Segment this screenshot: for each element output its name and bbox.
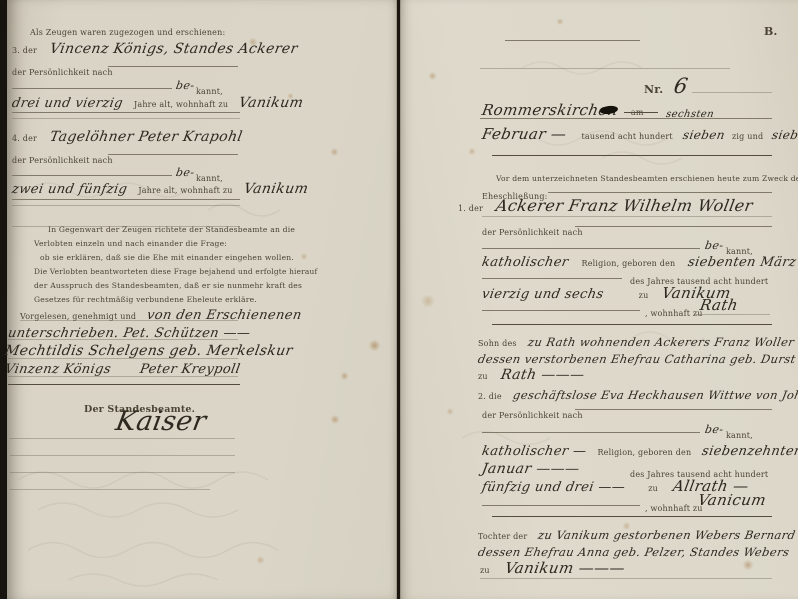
record-place: Rommerskirchen bbox=[481, 103, 619, 118]
ruled-line bbox=[108, 154, 238, 155]
groom-birthyear: vierzig und sechs bbox=[481, 288, 605, 301]
page-corner-letter: B. bbox=[764, 25, 778, 38]
ruled-line bbox=[12, 175, 172, 176]
ruled-line bbox=[12, 199, 240, 200]
record-number-label: Nr. bbox=[644, 83, 663, 96]
ruled-line bbox=[492, 516, 772, 517]
identity-label: der Persönlichkeit nach bbox=[482, 228, 583, 237]
wohnhaft-zu-label: , wohnhaft zu bbox=[645, 504, 703, 513]
be-label: be- bbox=[704, 424, 724, 435]
age-suffix-label: Jahre alt, wohnhaft zu bbox=[134, 100, 228, 109]
register-book-scan: Als Zeugen waren zugezogen und erschiene… bbox=[0, 0, 798, 599]
bride-parents-label: Tochter der bbox=[478, 532, 527, 541]
be-label: be- bbox=[175, 80, 195, 91]
zu-label: zu bbox=[648, 484, 658, 493]
ruled-line bbox=[480, 118, 772, 119]
bride-birthmonth: Januar ——— bbox=[481, 462, 581, 476]
signature-witness-2: Peter Kreypoll bbox=[139, 363, 241, 376]
ruled-line bbox=[12, 118, 240, 119]
religion-printed-label: Religion, geboren den bbox=[582, 259, 676, 268]
zu-label: zu bbox=[480, 566, 490, 575]
witness-section-heading: Als Zeugen waren zugezogen und erschiene… bbox=[30, 28, 225, 37]
ruled-line bbox=[8, 339, 238, 340]
ruled-line bbox=[108, 66, 238, 67]
year-decade-hand: sieben bbox=[682, 129, 726, 141]
question-paragraph-line: Gesetzes für rechtmäßig verbundene Ehele… bbox=[34, 295, 257, 304]
groom-parents-residence: Rath ——— bbox=[500, 368, 586, 382]
ruled-line bbox=[10, 489, 210, 490]
registrar-signature: Kaiser bbox=[114, 408, 209, 435]
signature-witness-1: Vinzenz Königs bbox=[4, 363, 112, 376]
identity-label: der Persönlichkeit nach bbox=[482, 411, 583, 420]
witness-3-age: drei und vierzig bbox=[11, 97, 124, 110]
groom-prefix: 1. der bbox=[458, 204, 483, 213]
bride-parents-line-2: dessen Ehefrau Anna geb. Pelzer, Standes… bbox=[477, 547, 790, 559]
witness-4-name: Tagelöhner Peter Krapohl bbox=[49, 130, 244, 144]
witness-4-residence: Vanikum bbox=[242, 182, 309, 196]
bride-prefix: 2. die bbox=[478, 392, 502, 401]
ruled-line bbox=[692, 92, 772, 93]
ruled-line bbox=[480, 578, 772, 579]
ruled-line bbox=[12, 112, 240, 113]
ruled-line bbox=[8, 376, 238, 377]
ruled-line bbox=[575, 226, 772, 227]
be-label: be- bbox=[175, 167, 195, 178]
signature-line-2: Mechtildis Schelgens geb. Merkelskur bbox=[4, 344, 294, 358]
bride-name: geschäftslose Eva Heckhausen Wittwe von … bbox=[512, 390, 798, 402]
religion-printed-label: Religion, geboren den bbox=[597, 448, 691, 457]
ruled-line bbox=[10, 472, 235, 473]
ruled-line bbox=[624, 112, 658, 113]
ruled-line bbox=[10, 438, 235, 439]
groom-parents-label: Sohn des bbox=[478, 339, 517, 348]
record-month: Februar — bbox=[481, 127, 568, 142]
ruled-line bbox=[482, 505, 640, 506]
ruled-line bbox=[12, 205, 240, 206]
ruled-line bbox=[695, 314, 770, 315]
ruled-line bbox=[12, 88, 172, 89]
groom-parents-line-2: dessen verstorbenen Ehefrau Catharina ge… bbox=[477, 354, 798, 366]
ruled-line bbox=[482, 248, 700, 249]
year-printed-label: tausend acht hundert bbox=[581, 132, 672, 141]
bride-religion: katholischer — bbox=[481, 445, 588, 458]
kannt-label: kannt, bbox=[726, 431, 753, 440]
groom-religion: katholischer bbox=[481, 256, 570, 269]
ruled-line bbox=[482, 310, 640, 311]
bride-birthyear: fünfzig und drei —— bbox=[481, 481, 626, 494]
groom-parents-line-1: zu Rath wohnenden Ackerers Franz Woller … bbox=[527, 337, 798, 349]
witness-4-prefix: 4. der bbox=[12, 134, 37, 143]
ruled-line bbox=[492, 324, 772, 325]
ruled-line bbox=[575, 409, 772, 410]
ruled-line bbox=[482, 278, 622, 279]
book-gutter bbox=[396, 0, 401, 599]
zig-und-label: zig und bbox=[732, 132, 763, 141]
bride-birthday: siebenzehnten bbox=[701, 445, 798, 458]
intro-line-1: Vor dem unterzeichneten Standesbeamten e… bbox=[496, 174, 798, 183]
year-ones-hand: sieben bbox=[771, 129, 798, 141]
witness-4-age: zwei und fünfzig bbox=[11, 183, 129, 196]
record-number-value: 6 bbox=[673, 76, 690, 97]
ruled-line bbox=[8, 384, 240, 385]
identity-label: der Persönlichkeit nach bbox=[12, 156, 113, 165]
identity-label: der Persönlichkeit nach bbox=[12, 68, 113, 77]
zu-label: zu bbox=[478, 372, 488, 381]
bride-residence-2: Vanikum ——— bbox=[504, 561, 627, 576]
ruled-line bbox=[505, 40, 640, 41]
witness-3-name: Vincenz Königs, Standes Ackerer bbox=[49, 42, 299, 56]
age-suffix-label: Jahre alt, wohnhaft zu bbox=[138, 186, 232, 195]
ruled-line bbox=[480, 68, 730, 69]
bride-parents-line-1: zu Vanikum gestorbenen Webers Bernard He… bbox=[537, 530, 798, 542]
ruled-line bbox=[482, 432, 700, 433]
be-label: be- bbox=[704, 240, 724, 251]
groom-residence: Rath bbox=[699, 298, 740, 313]
bride-residence: Vanicum bbox=[697, 493, 768, 508]
ruled-line bbox=[20, 320, 238, 321]
ruled-line bbox=[482, 216, 772, 217]
ruled-line bbox=[548, 192, 772, 193]
ruled-line bbox=[8, 358, 238, 359]
ruled-line bbox=[492, 155, 772, 156]
witness-3-residence: Vanikum bbox=[238, 96, 305, 110]
groom-name: Ackerer Franz Wilhelm Woller bbox=[495, 198, 755, 214]
witness-3-prefix: 3. der bbox=[12, 46, 37, 55]
zu-label: zu bbox=[639, 291, 649, 300]
ruled-line bbox=[10, 455, 235, 456]
groom-birthday: siebenten März bbox=[687, 256, 797, 269]
